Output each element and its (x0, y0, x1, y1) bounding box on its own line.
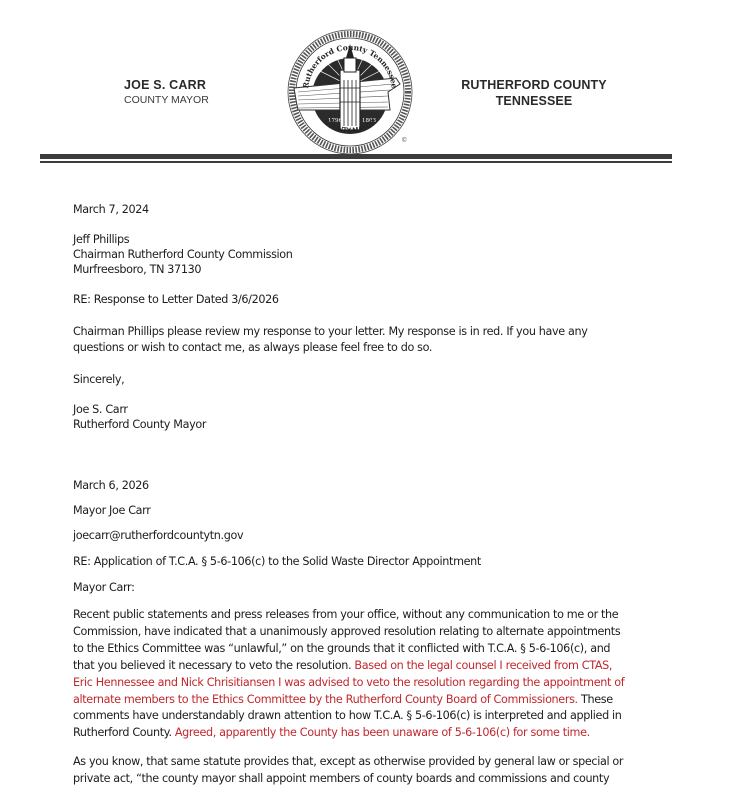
mayor-title: COUNTY MAYOR (124, 93, 209, 107)
commission-text: that you believed it necessary to veto t… (73, 659, 354, 672)
mayor-response-text: Agreed, apparently the County has been u… (175, 726, 590, 739)
paragraph-1-line: Commission, have indicated that a unanim… (73, 624, 713, 641)
mayor-response-text: Based on the legal counsel I received fr… (354, 659, 612, 672)
mayor-response-text: alternate members to the Ethics Committe… (73, 693, 578, 706)
mayor-name: JOE S. CARR (124, 78, 209, 93)
county-seal-icon: 1796 1803 Rutherford County Tennessee CO… (284, 26, 416, 154)
letterhead-rule-thin (40, 161, 672, 163)
recipient-name: Jeff Phillips (73, 232, 129, 247)
response-date: March 7, 2024 (73, 202, 149, 217)
closing: Sincerely, (73, 372, 124, 387)
commission-text: These (578, 693, 613, 706)
original-date: March 6, 2026 (73, 478, 149, 493)
addressee-email: joecarr@rutherfordcountytn.gov (73, 528, 243, 543)
recipient-title: Chairman Rutherford County Commission (73, 247, 293, 262)
commission-text: Recent public statements and press relea… (73, 608, 618, 621)
commission-text: Rutherford County. (73, 726, 175, 739)
commission-text: comments have understandably drawn atten… (73, 709, 622, 722)
state-name: TENNESSEE (460, 93, 608, 109)
county-name: RUTHERFORD COUNTY (460, 77, 608, 93)
signer-name: Joe S. Carr (73, 402, 128, 417)
addressee: Mayor Joe Carr (73, 503, 150, 518)
letterhead-rule-thick (40, 154, 672, 159)
commission-text: Commission, have indicated that a unanim… (73, 625, 620, 638)
paragraph-2-line: As you know, that same statute provides … (73, 754, 713, 771)
paragraph-1-line: alternate members to the Ethics Committe… (73, 692, 713, 709)
paragraph-1-line: that you believed it necessary to veto t… (73, 658, 713, 675)
response-body-line-1: Chairman Phillips please review my respo… (73, 324, 588, 339)
paragraph-1-line: Recent public statements and press relea… (73, 607, 713, 624)
paragraph-1: Recent public statements and press relea… (73, 607, 713, 742)
paragraph-1-line: comments have understandably drawn atten… (73, 708, 713, 725)
letterhead-left: JOE S. CARR COUNTY MAYOR (124, 78, 209, 107)
paragraph-1-line: to the Ethics Committee was “unlawful,” … (73, 641, 713, 658)
recipient-city: Murfreesboro, TN 37130 (73, 262, 201, 277)
seal-copyright: © (402, 137, 407, 144)
mayor-response-text: Eric Hennessee and Nick Chrisitiansen I … (73, 676, 624, 689)
original-subject: RE: Application of T.C.A. § 5-6-106(c) t… (73, 554, 481, 569)
letterhead-right: RUTHERFORD COUNTY TENNESSEE (460, 77, 608, 109)
paragraph-1-line: Rutherford County. Agreed, apparently th… (73, 725, 713, 742)
signer-title: Rutherford County Mayor (73, 417, 206, 432)
paragraph-2-line: private act, “the county mayor shall app… (73, 771, 713, 788)
response-body-line-2: questions or wish to contact me, as alwa… (73, 340, 432, 355)
response-subject: RE: Response to Letter Dated 3/6/2026 (73, 292, 279, 307)
paragraph-2: As you know, that same statute provides … (73, 754, 713, 788)
salutation: Mayor Carr: (73, 580, 135, 595)
commission-text: to the Ethics Committee was “unlawful,” … (73, 642, 610, 655)
paragraph-1-line: Eric Hennessee and Nick Chrisitiansen I … (73, 675, 713, 692)
